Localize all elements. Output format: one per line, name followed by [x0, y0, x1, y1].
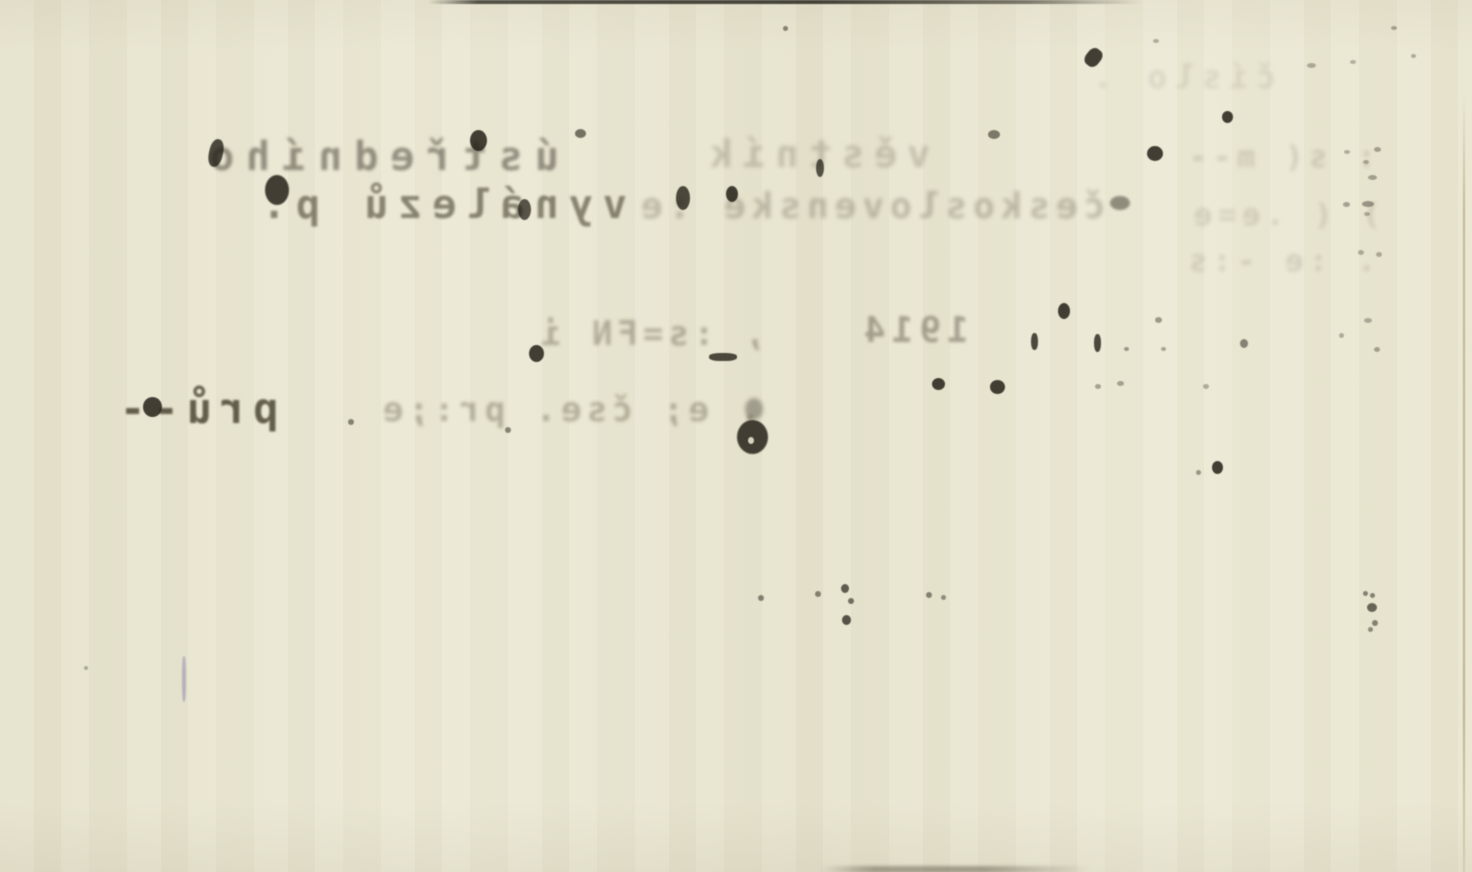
ink-spot [1376, 252, 1382, 257]
ink-spot [1082, 45, 1106, 69]
ink-spot [783, 26, 788, 31]
top-scan-edge [428, 0, 1142, 4]
ink-spot [1147, 146, 1163, 161]
ink-spot [1374, 347, 1380, 352]
bleedthrough-fragment: ústředního [198, 134, 559, 180]
ink-spot [737, 420, 768, 454]
ink-spot [1094, 334, 1101, 352]
ink-spot [206, 138, 226, 168]
ink-spot [1153, 39, 1159, 43]
scanned-card-back: číslo .ústředníhovynálezů p.věstníkčesko… [0, 0, 1472, 872]
ink-spot [758, 595, 764, 601]
ink-spot [1343, 202, 1350, 207]
ink-spot [143, 397, 162, 417]
ink-spot [505, 427, 511, 433]
ink-spot [1058, 303, 1070, 319]
bleedthrough-fragment: . :e -:s [1183, 244, 1376, 279]
ink-spot [1339, 333, 1344, 338]
ink-spot [676, 186, 690, 210]
ink-spot [841, 584, 849, 593]
ink-spot [1222, 111, 1233, 123]
ink-spot [709, 353, 737, 361]
ink-spot [1350, 60, 1356, 64]
ink-spot [1358, 250, 1364, 255]
ink-spot [748, 437, 754, 444]
ink-spot [941, 595, 946, 600]
ink-spot [815, 591, 821, 597]
bleedthrough-fragment: československé :e [635, 186, 1105, 227]
ink-spot [988, 130, 1000, 139]
ink-spot [529, 345, 544, 362]
bleedthrough-fragment: věstník [700, 132, 930, 176]
ink-spot [726, 186, 738, 202]
bleedthrough-fragment: vynálezů p. [252, 182, 627, 228]
ink-spot [1344, 150, 1350, 154]
bleedthrough-fragment: , :s=FN i [536, 314, 765, 354]
ink-spot [990, 380, 1005, 394]
ink-spot [1367, 603, 1377, 612]
ink-spot [1031, 333, 1038, 350]
ink-spot [1161, 347, 1166, 351]
ink-spot [1364, 212, 1370, 216]
ink-spot [575, 129, 586, 138]
ink-spot [182, 656, 186, 702]
ink-spot [1374, 147, 1381, 152]
ink-spot [1095, 384, 1101, 389]
ink-spot [848, 598, 854, 604]
bleedthrough-fragment: číslo . [1085, 58, 1276, 96]
ink-spot [470, 130, 487, 151]
ink-spot [348, 419, 354, 425]
ink-spot [1391, 26, 1397, 30]
ink-spot [1368, 175, 1377, 180]
bleedthrough-fragment: 1914 [858, 310, 969, 351]
ink-spot [1155, 317, 1162, 323]
ink-spot [1364, 318, 1372, 323]
ink-spot [1372, 620, 1378, 626]
ink-spot [1196, 470, 1201, 475]
paper-texture [0, 0, 1472, 872]
ink-spot [1212, 461, 1223, 474]
ink-spot [1240, 339, 1248, 348]
ink-spot [1307, 63, 1316, 68]
ink-spot [1203, 384, 1209, 389]
ink-spot [1117, 381, 1124, 386]
ink-spot [1124, 347, 1129, 351]
bleedthrough-fragment: ) ( .e=e [1188, 198, 1381, 233]
ink-spot [265, 175, 289, 205]
ink-spot [1411, 54, 1416, 58]
ink-spot [926, 592, 932, 598]
ink-spot [745, 398, 763, 420]
ink-spot [1362, 201, 1374, 207]
right-crease-line [1463, 95, 1465, 872]
ink-spot [84, 666, 88, 670]
ink-spot [518, 199, 531, 220]
ink-spot [1110, 196, 1130, 210]
ink-spot [1370, 593, 1375, 598]
ink-spot [1363, 591, 1368, 596]
ink-spot [816, 159, 824, 177]
bleedthrough-fragment: : s( m-- [1183, 140, 1376, 175]
bottom-edge-smudge [820, 866, 1090, 872]
ink-spot [1368, 627, 1373, 632]
bleedthrough-fragment: prů-- [112, 384, 278, 433]
ink-spot [932, 378, 945, 390]
ink-spot [1363, 160, 1369, 164]
ink-spot [842, 615, 851, 625]
bleedthrough-fragment: . e; čse. pr:;e [378, 390, 760, 430]
